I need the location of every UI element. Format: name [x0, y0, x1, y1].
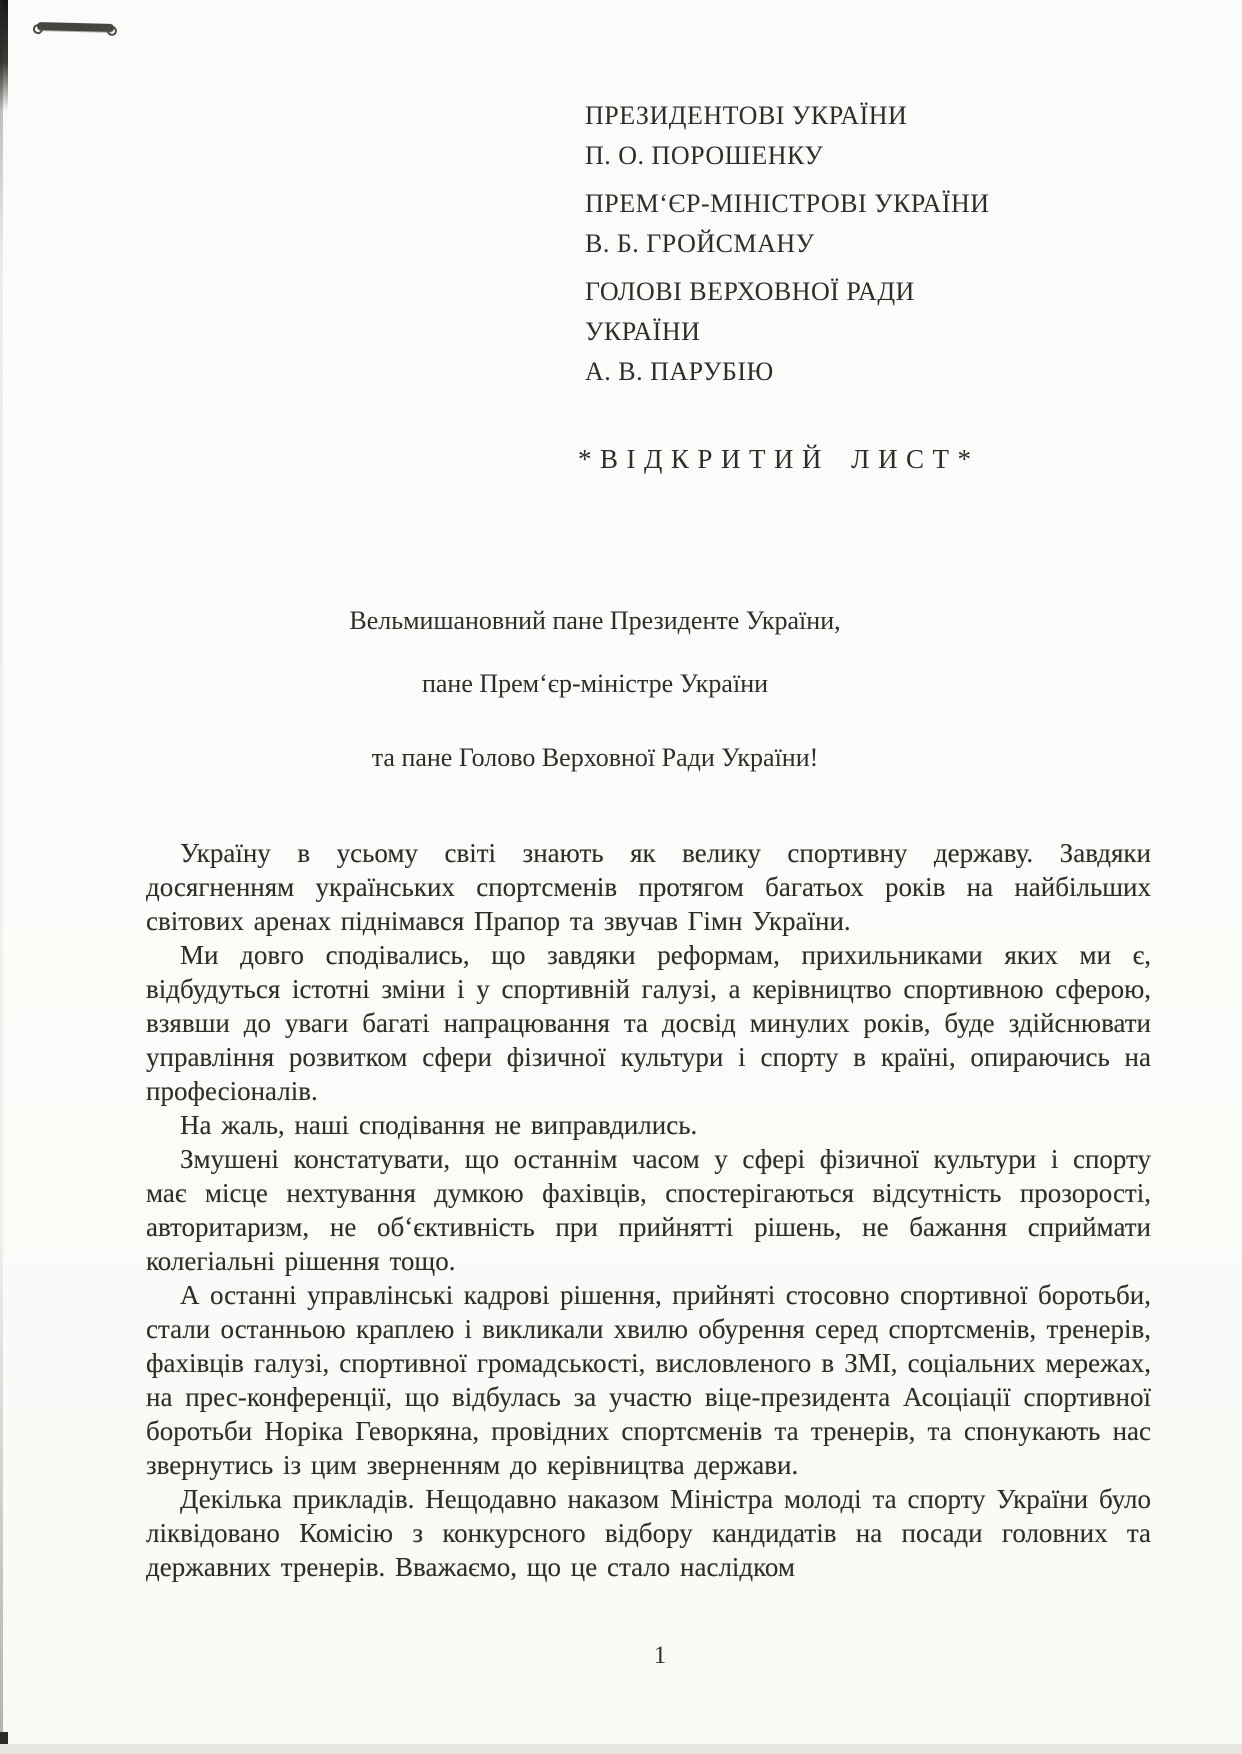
recipient-line: В. Б. ГРОЙСМАНУ: [585, 224, 1055, 264]
recipient-line: ПРЕЗИДЕНТОВІ УКРАЇНИ: [585, 96, 1055, 136]
recipient-line: А. В. ПАРУБІЮ: [585, 352, 1055, 392]
scanned-letter-page: ПРЕЗИДЕНТОВІ УКРАЇНИ П. О. ПОРОШЕНКУ ПРЕ…: [0, 0, 1242, 1754]
recipient-block: ПРЕЗИДЕНТОВІ УКРАЇНИ П. О. ПОРОШЕНКУ ПРЕ…: [585, 96, 1055, 400]
scan-staple-mark: [37, 22, 114, 32]
paragraph: Змушені констатувати, що останнім часом …: [146, 1142, 1151, 1278]
recipient-line: УКРАЇНИ: [585, 312, 1055, 352]
paragraph: Ми довго сподівались, що завдяки реформа…: [146, 938, 1151, 1108]
salutation-line: Вельмишановний пане Президенте України,: [120, 604, 1070, 638]
page-number: 1: [595, 1641, 725, 1671]
recipient-line: ГОЛОВІ ВЕРХОВНОЇ РАДИ: [585, 272, 1055, 312]
scan-bottom-band: [0, 1744, 1242, 1754]
recipient-line: ПРЕМ‘ЄР-МІНІСТРОВІ УКРАЇНИ: [585, 184, 1055, 224]
letter-title: *ВІДКРИТИЙ ЛИСТ*: [578, 444, 980, 475]
paragraph: Декілька прикладів. Нещодавно наказом Мі…: [146, 1482, 1151, 1584]
paragraph: На жаль, наші сподівання не виправдились…: [146, 1108, 1151, 1142]
salutation-line: та пане Голово Верховної Ради України!: [120, 741, 1070, 775]
letter-body: Україну в усьому світі знають як велику …: [146, 836, 1151, 1584]
recipient-prime-minister: ПРЕМ‘ЄР-МІНІСТРОВІ УКРАЇНИ В. Б. ГРОЙСМА…: [585, 184, 1055, 264]
recipient-president: ПРЕЗИДЕНТОВІ УКРАЇНИ П. О. ПОРОШЕНКУ: [585, 96, 1055, 176]
paragraph: А останні управлінські кадрові рішення, …: [146, 1278, 1151, 1482]
paragraph: Україну в усьому світі знають як велику …: [146, 836, 1151, 938]
recipient-line: П. О. ПОРОШЕНКУ: [585, 136, 1055, 176]
scan-edge-artifact-left: [0, 0, 3, 1754]
salutation-block: Вельмишановний пане Президенте України, …: [120, 604, 1070, 775]
salutation-line: пане Прем‘єр-міністре України: [120, 667, 1070, 701]
recipient-rada-head: ГОЛОВІ ВЕРХОВНОЇ РАДИ УКРАЇНИ А. В. ПАРУ…: [585, 272, 1055, 392]
